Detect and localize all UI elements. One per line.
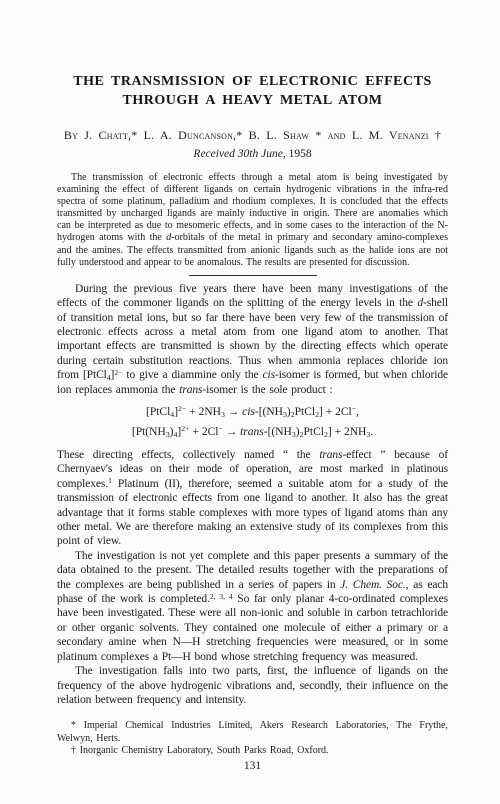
paper-title: THE TRANSMISSION OF ELECTRONIC EFFECTS T… xyxy=(57,72,448,110)
section-divider-rule xyxy=(189,275,317,276)
reaction-equation-1: [PtCl4]2− + 2NH3 → cis-[(NH3)2PtCl2] + 2… xyxy=(57,402,448,422)
abstract-section: The transmission of electronic effects t… xyxy=(57,172,448,269)
abstract-text: The transmission of electronic effects t… xyxy=(57,172,448,269)
equation-block: [PtCl4]2− + 2NH3 → cis-[(NH3)2PtCl2] + 2… xyxy=(57,402,448,442)
body-paragraph-2: These directing effects, collectively na… xyxy=(57,448,448,549)
author-byline: By J. Chatt,* L. A. Duncanson,* B. L. Sh… xyxy=(57,129,448,142)
body-paragraph-4: The investigation falls into two parts, … xyxy=(57,664,448,707)
page-footer: * Imperial Chemical Industries Limited, … xyxy=(57,720,448,773)
page-number: 131 xyxy=(57,760,448,773)
footnote-dagger: † Inorganic Chemistry Laboratory, South … xyxy=(57,745,448,757)
article-body: During the previous five years there hav… xyxy=(57,282,448,708)
reaction-equation-2: [Pt(NH3)4]2+ + 2Cl− → trans-[(NH3)2PtCl2… xyxy=(57,422,448,442)
body-paragraph-1: During the previous five years there hav… xyxy=(57,282,448,397)
paper-title-line2: THROUGH A HEAVY METAL ATOM xyxy=(57,91,448,110)
body-paragraph-3: The investigation is not yet complete an… xyxy=(57,549,448,664)
journal-page: THE TRANSMISSION OF ELECTRONIC EFFECTS T… xyxy=(0,0,500,804)
footnote-asterisk: * Imperial Chemical Industries Limited, … xyxy=(57,720,448,744)
received-date: Received 30th June, 1958 xyxy=(57,148,448,161)
paper-title-line1: THE TRANSMISSION OF ELECTRONIC EFFECTS xyxy=(57,72,448,91)
paper-header: THE TRANSMISSION OF ELECTRONIC EFFECTS T… xyxy=(57,72,448,161)
